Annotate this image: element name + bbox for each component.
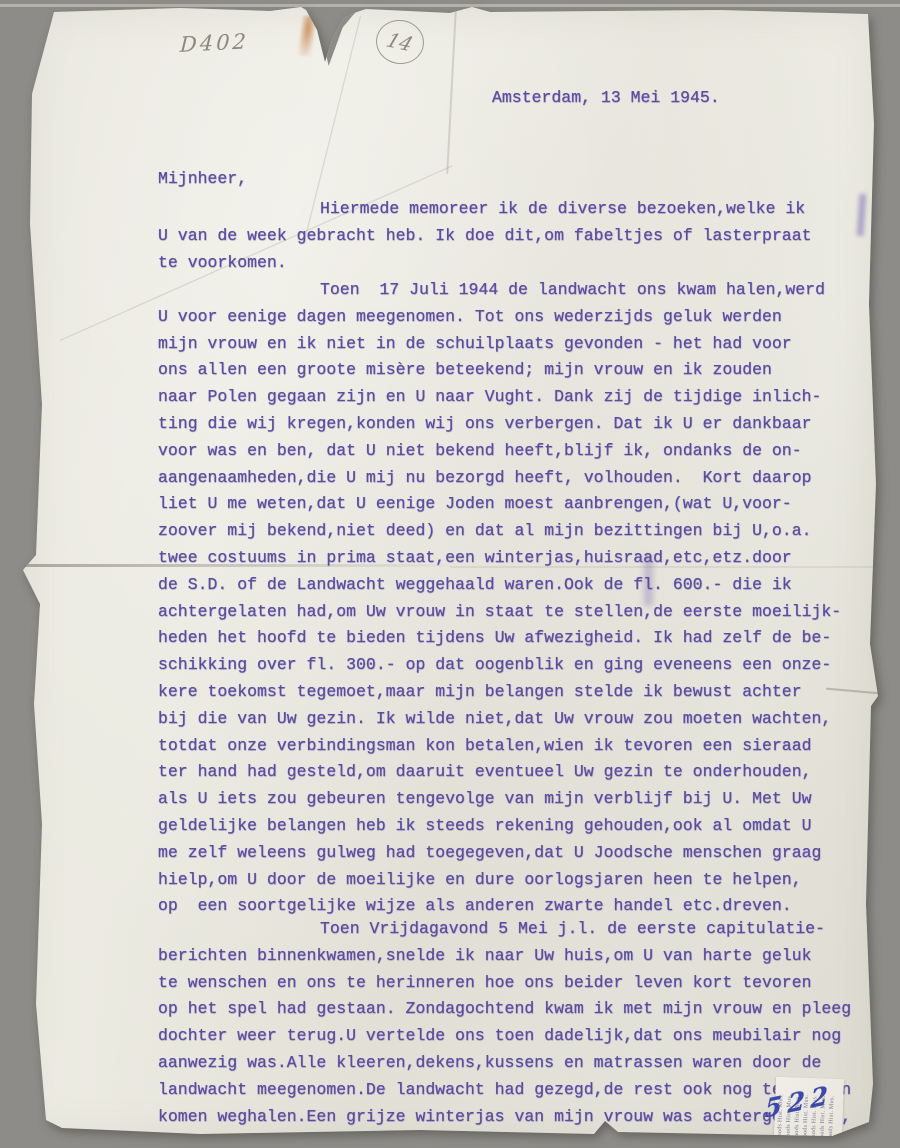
scan-background: { "page": { "background_color": "#8d8c88… <box>0 0 900 1148</box>
paper-sheet-wrapper: D402 14 Amsterdam, 13 Mei 1945. Mijnheer… <box>20 4 880 1144</box>
archive-code: D402 <box>179 29 249 57</box>
rust-stain <box>297 15 316 57</box>
crease-line <box>446 6 457 174</box>
page-number-stamp: 14 <box>373 17 427 68</box>
ink-smudge <box>857 194 867 236</box>
letter-paragraph-1: Hiermede memoreer ik de diverse bezoeken… <box>158 196 812 276</box>
dateline: Amsterdam, 13 Mei 1945. <box>492 85 720 112</box>
paper-sheet: D402 14 Amsterdam, 13 Mei 1945. Mijnheer… <box>20 4 880 1144</box>
salutation: Mijnheer, <box>158 166 247 193</box>
page-number: 14 <box>383 28 416 56</box>
letter-paragraph-3: Toen Vrijdagavond 5 Mei j.l. de eerste c… <box>158 916 851 1130</box>
letter-paragraph-2: Toen 17 Juli 1944 de landwacht ons kwam … <box>158 277 841 920</box>
